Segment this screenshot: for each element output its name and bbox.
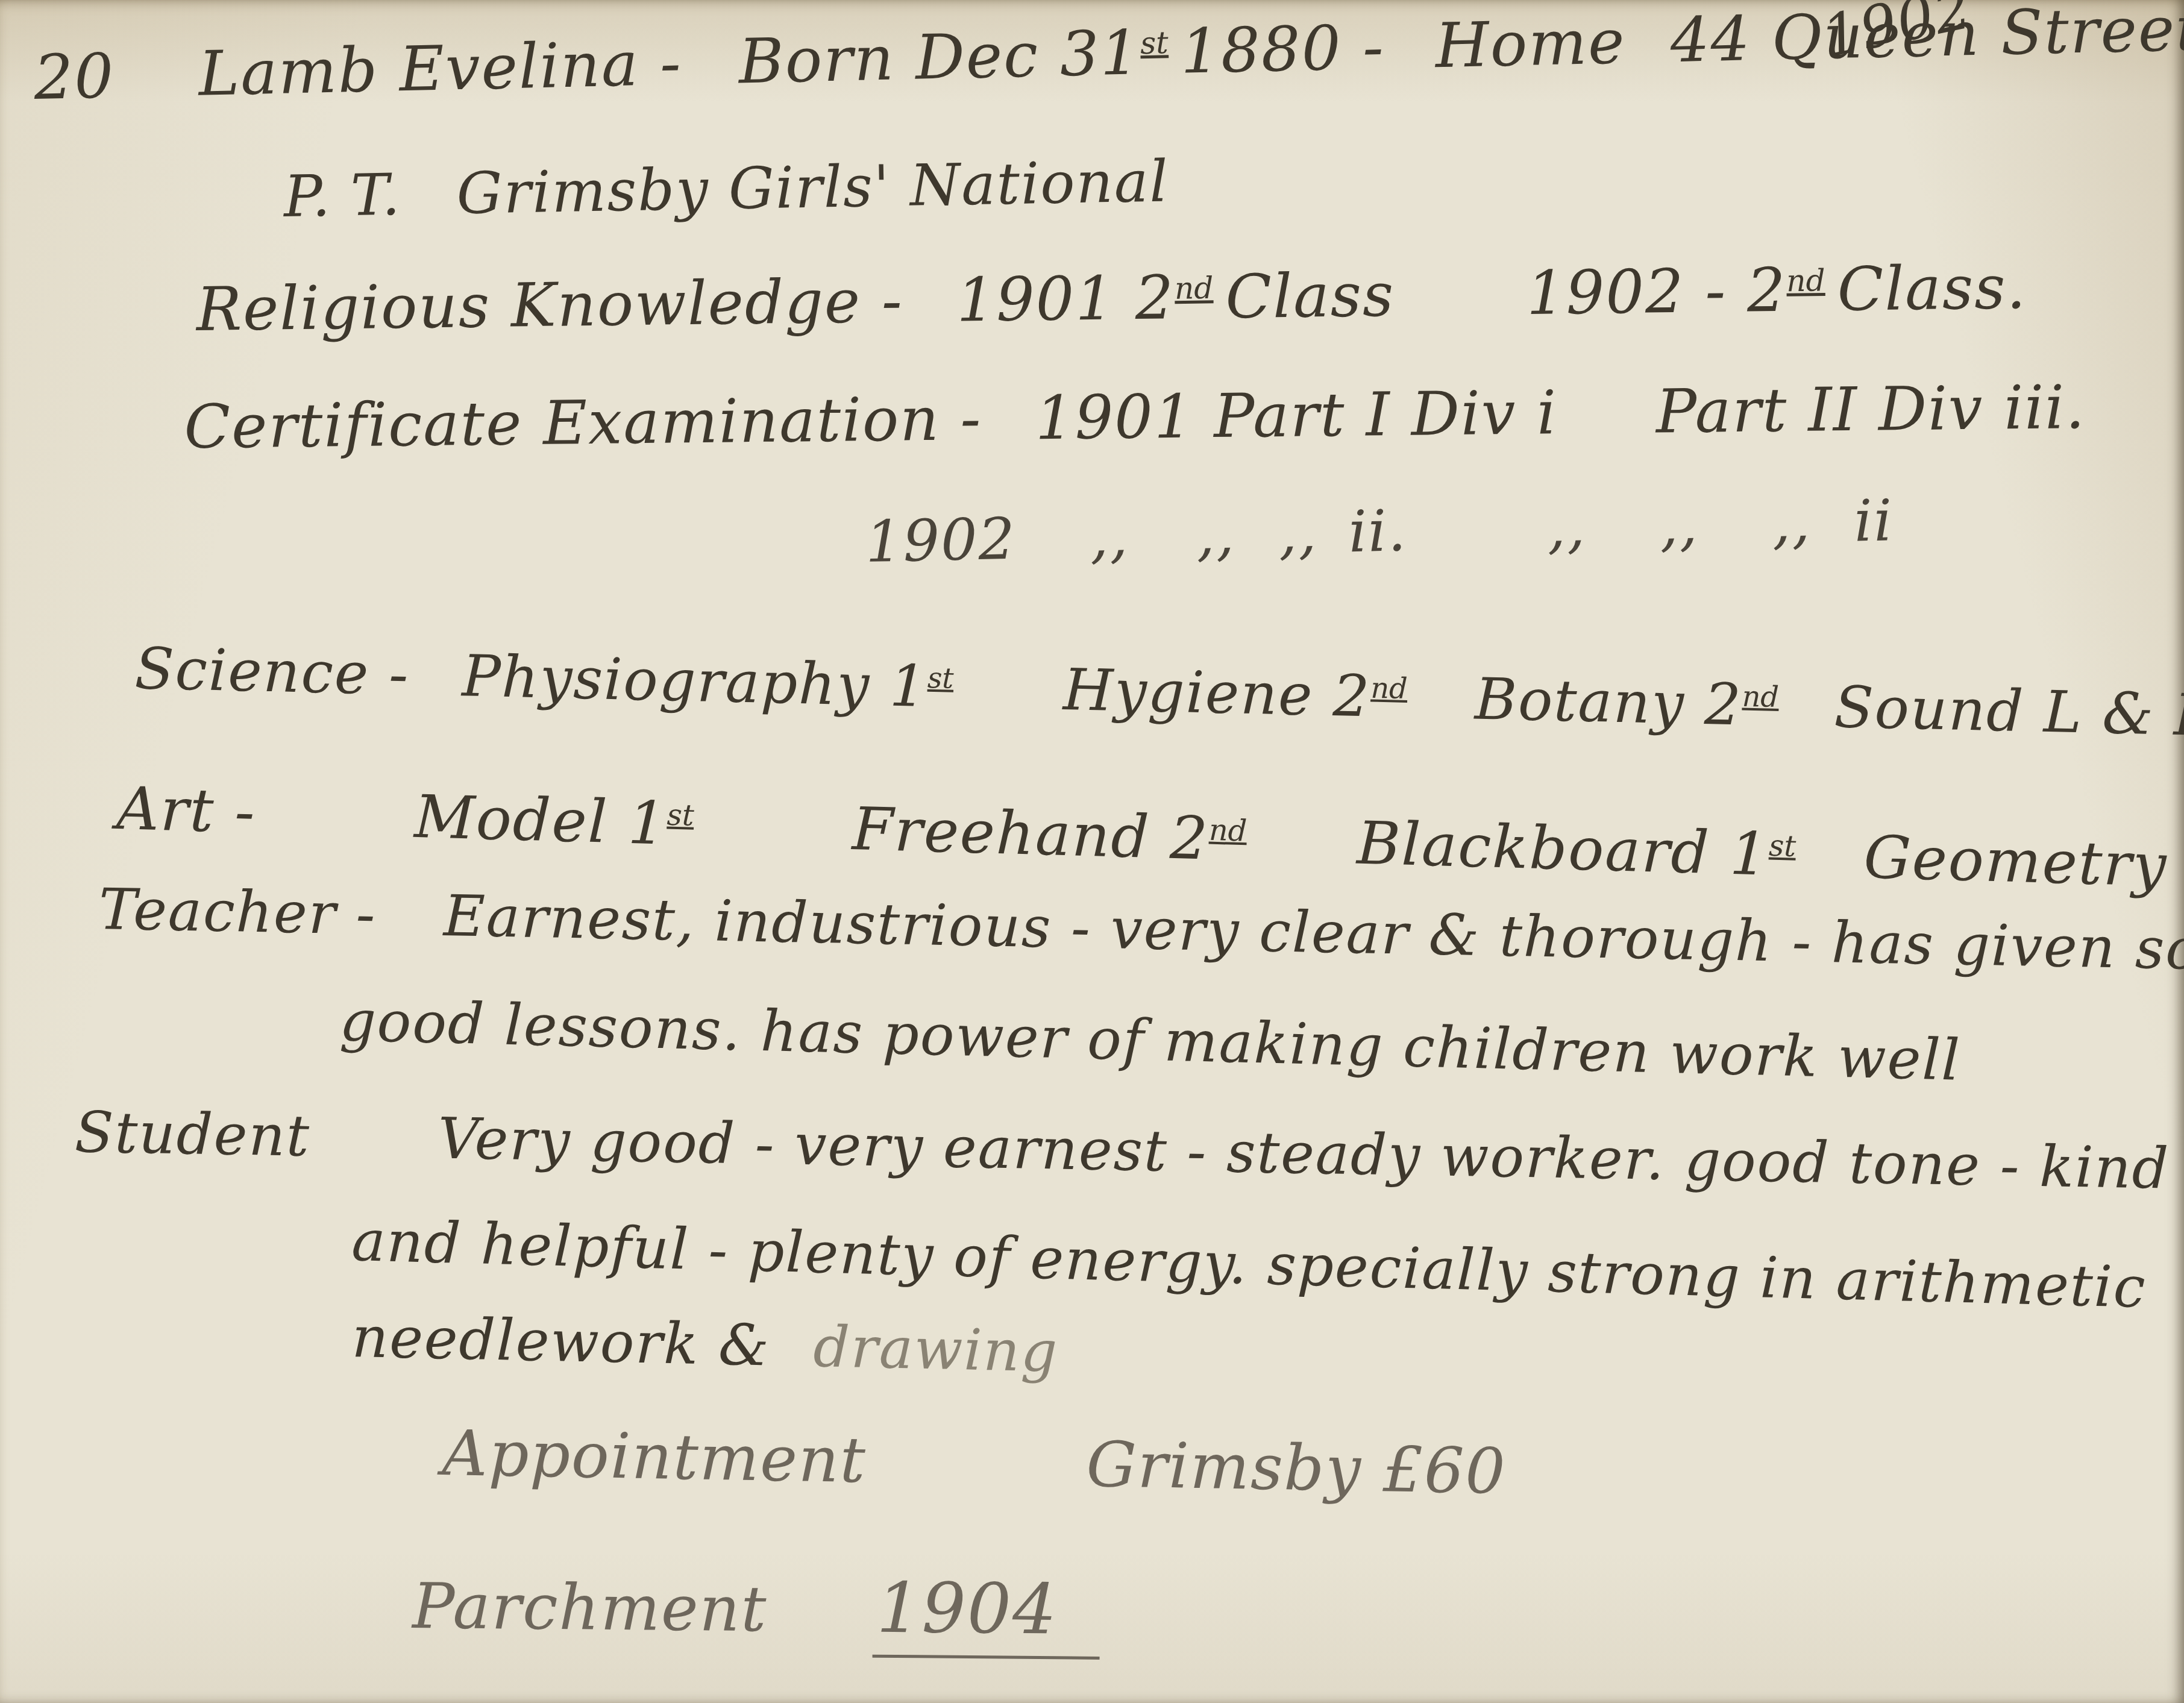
school-name: Grimsby Girls' National [456,148,1170,227]
ordinal-suffix: st [667,798,694,833]
ordinal-suffix: nd [1175,271,1214,306]
parchment-label: Parchment [412,1569,768,1646]
record-number: 20 [33,40,115,114]
certificate-part2-result: Part II Div iii. [1655,372,2086,447]
pupil-teacher-label: P. T. [283,162,402,230]
religious-knowledge-line: Religious Knowledge - 1901 2ndClass 1902… [196,252,2027,345]
ditto-mark: ‚‚ [1546,494,1587,561]
appointment-line: Appointment Grimsby £60 [442,1416,1507,1508]
ordinal-suffix: nd [1370,672,1408,706]
science-hygiene: Hygiene 2nd [1062,657,1408,731]
student-label: Student [74,1100,311,1170]
student-report-line3: needlework & drawing [351,1305,1059,1385]
teacher-report-line1: Teacher - Earnest, industrious - very cl… [98,877,2184,985]
parchment-year: 1904 [873,1568,1100,1660]
ordinal-suffix: st [927,662,954,695]
ordinal-suffix: nd [1208,813,1247,848]
certificate-1902-year: 1902 [865,506,1017,576]
student-report-text2: and helpful - plenty of energy. speciall… [351,1208,2147,1321]
student-report-text3-faint: drawing [813,1314,1059,1385]
ordinal-suffix: st [1140,25,1169,61]
student-report-line1: Student Very good - very earnest - stead… [74,1100,2170,1202]
certificate-1901-result: 1901 Part I Div i [1035,377,1557,453]
student-report-text3: needlework & [351,1305,771,1379]
record-header-line: 20 Lamb Evelina - Born Dec 31st1880 - Ho… [33,0,2184,114]
art-model: Model 1st [413,783,695,859]
science-physiography: Physiography 1st [461,643,954,720]
school-line: P. T. Grimsby Girls' National [283,148,1170,230]
ditto-mark: ‚‚ [1195,501,1235,568]
science-sound-heat: Sound L & Heat 1st [1833,674,2184,753]
scanned-record-page: 1902 20 Lamb Evelina - Born Dec 31st1880… [0,0,2184,1703]
teacher-report-text1: Earnest, industrious - very clear & thor… [443,883,2184,985]
ditto-mark: ‚‚ [1089,504,1129,571]
religious-1901-result: 1901 2ndClass [956,260,1395,336]
art-blackboard: Blackboard 1st [1356,809,1796,889]
home-address: 44 Queen Street [1669,0,2184,77]
science-label: Science - [134,636,410,708]
appointment-label: Appointment [442,1416,867,1497]
student-report-text1: Very good - very earnest - steady worker… [438,1106,2170,1202]
certificate-exam-line: Certificate Examination - 1901 Part I Di… [184,372,2086,462]
parchment-line: Parchment 1904 [412,1555,1100,1660]
teacher-report-line2: good lessons. has power of making childr… [339,988,1962,1094]
science-botany: Botany 2nd [1474,666,1780,739]
student-name: Lamb Evelina - [198,28,683,110]
religious-knowledge-label: Religious Knowledge - [196,266,903,345]
teacher-report-text2: good lessons. has power of making childr… [339,988,1962,1094]
certificate-1902-result-part2: ii [1853,488,1894,554]
certificate-exam-label: Certificate Examination - [184,383,982,462]
certificate-1902-result-part1: ii. [1348,498,1408,565]
birth-date: Born Dec 31st1880 - [738,11,1385,98]
art-label: Art - [116,774,257,847]
religious-1902-result: 1902 - 2ndClass. [1526,252,2027,328]
home-label: Home [1434,6,1626,82]
science-results-line: Science - Physiography 1st Hygiene 2nd B… [134,636,2184,753]
student-report-line2: and helpful - plenty of energy. speciall… [351,1208,2147,1321]
ditto-mark: ‚‚ [1658,492,1699,559]
art-freehand: Freehand 2nd [852,795,1248,874]
ditto-mark: ‚‚ [1771,489,1812,556]
certificate-1902-ditto-line: 1902 ‚‚ ‚‚ ‚‚ ii. ‚‚ ‚‚ ‚‚ ii [865,488,1894,576]
ordinal-suffix: nd [1786,263,1825,298]
teacher-label: Teacher - [98,877,377,948]
ordinal-suffix: nd [1742,680,1779,714]
ditto-mark: ‚‚ [1278,500,1318,566]
art-geometry: Geometry 2nd [1863,823,2184,903]
appointment-value: Grimsby £60 [1086,1428,1507,1508]
ordinal-suffix: st [1768,829,1796,864]
